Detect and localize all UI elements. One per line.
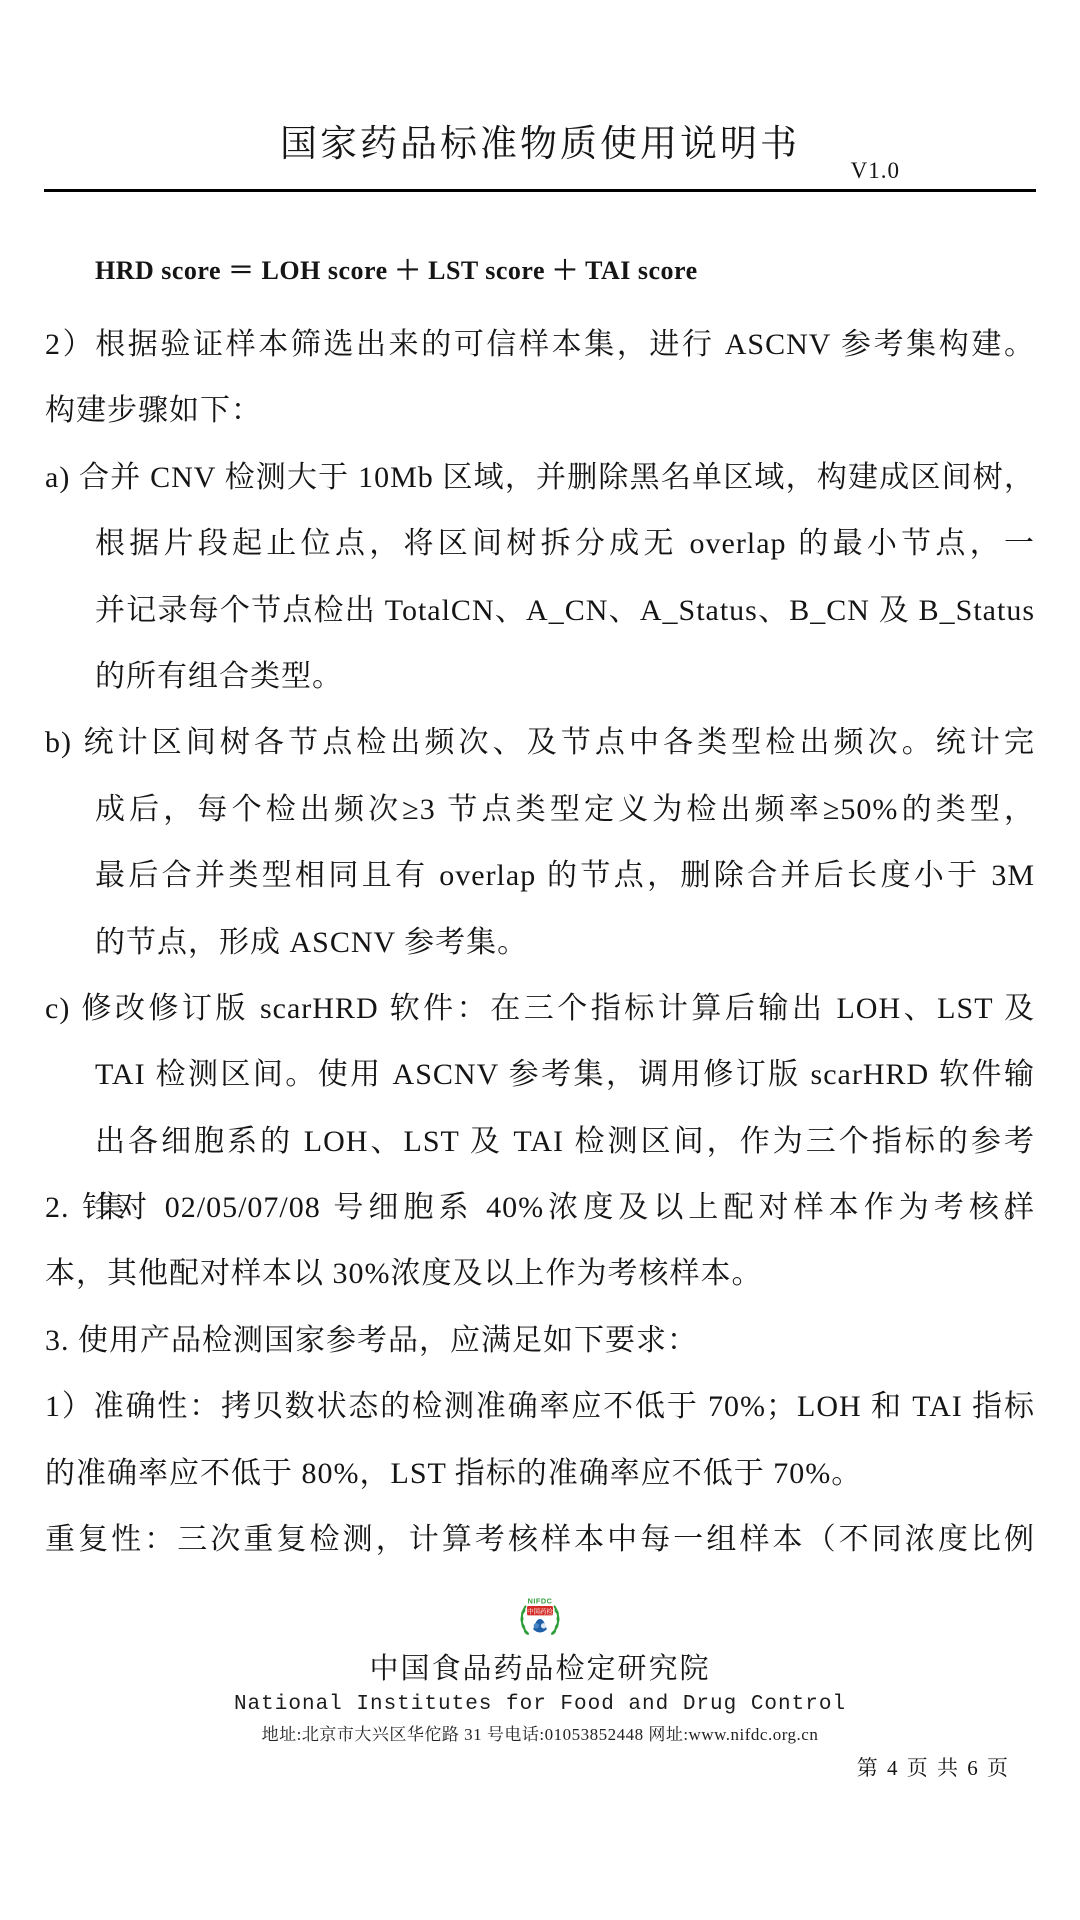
document-body: 2）根据验证样本筛选出来的可信样本集，进行 ASCNV 参考集构建。构建步骤如下… (45, 312, 1035, 1573)
header-rule (44, 189, 1036, 192)
institute-address: 地址:北京市大兴区华佗路 31 号电话:01053852448 网址:www.n… (0, 1720, 1080, 1745)
body-line: 重复性：三次重复检测，计算考核样本中每一组样本（不同浓度比例 (45, 1507, 1035, 1573)
body-line: 2. 针对 02/05/07/08 号细胞系 40%浓度及以上配对样本作为考核样 (45, 1175, 1035, 1241)
page-number: 第 4 页 共 6 页 (857, 1752, 1010, 1782)
body-line: TAI 检测区间。使用 ASCNV 参考集，调用修订版 scarHRD 软件输 (95, 1042, 1035, 1108)
body-line: 构建步骤如下： (45, 378, 1035, 444)
institute-name-en: National Institutes for Food and Drug Co… (0, 1693, 1080, 1716)
body-line: 本，其他配对样本以 30%浓度及以上作为考核样本。 (45, 1241, 1035, 1307)
nifdc-logo-icon: NIFDC 中国药检 (515, 1594, 565, 1644)
logo-band-text: 中国药检 (527, 1606, 553, 1615)
version-label: V1.0 (851, 158, 900, 184)
body-line: 的节点，形成 ASCNV 参考集。 (95, 910, 1035, 976)
body-line: a) 合并 CNV 检测大于 10Mb 区域，并删除黑名单区域，构建成区间树， (45, 445, 1035, 511)
document-footer: NIFDC 中国药检 中国食品药品检定研究院 National Institut… (0, 1594, 1080, 1745)
body-line: 成后，每个检出频次≥3 节点类型定义为检出频率≥50%的类型， (95, 777, 1035, 843)
document-page: 国家药品标准物质使用说明书 V1.0 HRD score ＝ LOH score… (0, 0, 1080, 1920)
body-line: 出各细胞系的 LOH、LST 及 TAI 检测区间，作为三个指标的参考集。 (95, 1109, 1035, 1175)
body-line: c) 修改修订版 scarHRD 软件：在三个指标计算后输出 LOH、LST 及 (45, 976, 1035, 1042)
body-line: 1）准确性：拷贝数状态的检测准确率应不低于 70%；LOH 和 TAI 指标 (45, 1374, 1035, 1440)
logo-top-text: NIFDC (528, 1596, 553, 1605)
body-line: 最后合并类型相同且有 overlap 的节点，删除合并后长度小于 3M (95, 843, 1035, 909)
institute-name-cn: 中国食品药品检定研究院 (0, 1646, 1080, 1687)
hrd-score-formula: HRD score ＝ LOH score ＋ LST score ＋ TAI … (95, 250, 698, 287)
body-line: 根据片段起止位点，将区间树拆分成无 overlap 的最小节点，一 (95, 511, 1035, 577)
nifdc-logo: NIFDC 中国药检 (0, 1594, 1080, 1644)
body-line: 并记录每个节点检出 TotalCN、A_CN、A_Status、B_CN 及 B… (95, 578, 1035, 644)
body-line: 的所有组合类型。 (95, 644, 1035, 710)
body-line: b) 统计区间树各节点检出频次、及节点中各类型检出频次。统计完 (45, 710, 1035, 776)
body-line: 的准确率应不低于 80%，LST 指标的准确率应不低于 70%。 (45, 1441, 1035, 1507)
page-title: 国家药品标准物质使用说明书 (0, 120, 1080, 170)
body-line: 3. 使用产品检测国家参考品，应满足如下要求： (45, 1308, 1035, 1374)
body-line: 2）根据验证样本筛选出来的可信样本集，进行 ASCNV 参考集构建。 (45, 312, 1035, 378)
